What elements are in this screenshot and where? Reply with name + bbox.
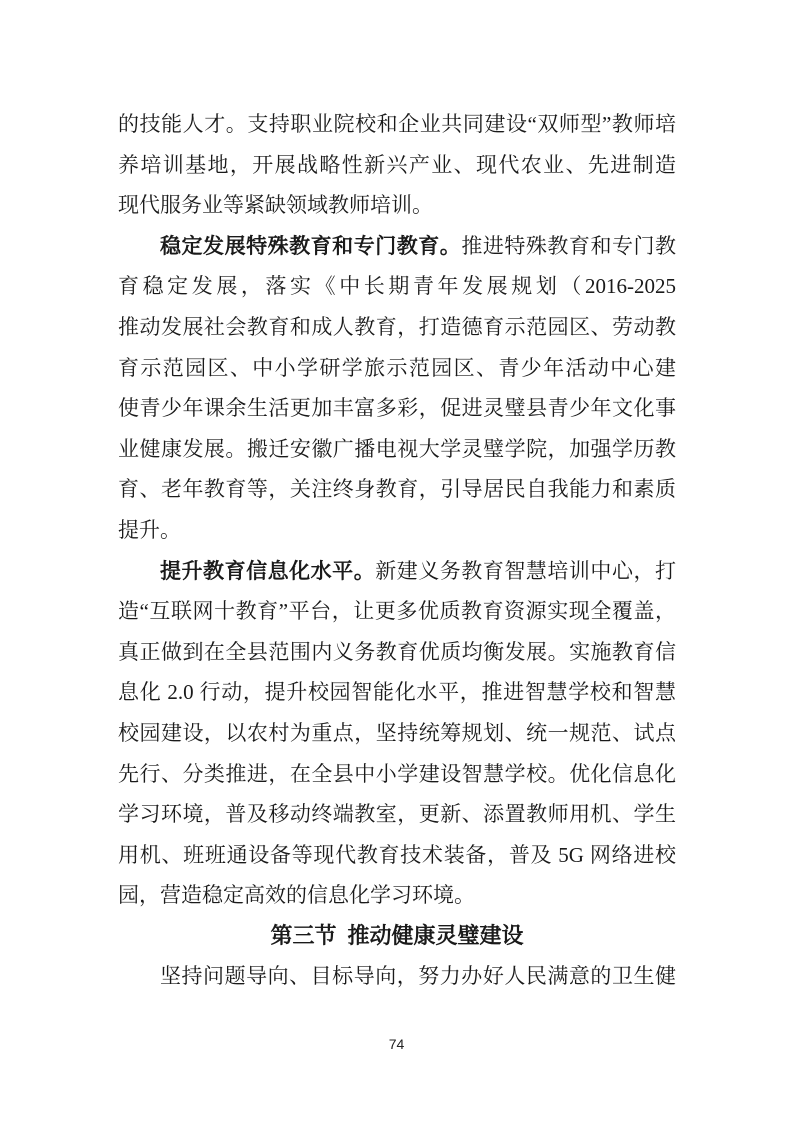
text-line: 学习环境，普及移动终端教室，更新、添置教师用机、学生 <box>118 794 676 835</box>
document-body: 的技能人才。支持职业院校和企业共同建设“双师型”教师培养培训基地，开展战略性新兴… <box>118 104 676 997</box>
text-run: 真正做到在全县范围内义务教育优质均衡发展。实施教育信 <box>118 640 676 664</box>
text-run: 坚持问题导向、目标导向，努力办好人民满意的卫生健 <box>160 964 676 988</box>
text-line: 先行、分类推进，在全县中小学建设智慧学校。优化信息化 <box>118 754 676 795</box>
text-line: 息化 2.0 行动，提升校园智能化水平，推进智慧学校和智慧 <box>118 672 676 713</box>
text-run: 园，营造稳定高效的信息化学习环境。 <box>118 883 475 907</box>
text-run: 育示范园区、中小学研学旅示范园区、青少年活动中心建设， <box>118 356 676 389</box>
section-heading-line: 第三节 推动健康灵璧建设 <box>118 916 676 957</box>
text-run: 育、老年教育等，关注终身教育，引导居民自我能力和素质 <box>118 477 676 501</box>
page-number: 74 <box>0 1034 793 1054</box>
paragraph: 提升教育信息化水平。新建义务教育智慧培训中心，打造“互联网十教育”平台，让更多优… <box>118 551 676 916</box>
text-line: 造“互联网十教育”平台，让更多优质教育资源实现全覆盖， <box>118 591 676 632</box>
text-line: 育、老年教育等，关注终身教育，引导居民自我能力和素质 <box>118 469 676 510</box>
text-line: 提升教育信息化水平。新建义务教育智慧培训中心，打 <box>118 551 676 592</box>
text-run: 的技能人才。支持职业院校和企业共同建设“双师型”教师培 <box>118 112 676 136</box>
text-run: 先行、分类推进，在全县中小学建设智慧学校。优化信息化 <box>118 762 676 786</box>
bold-text-run: 第三节 推动健康灵璧建设 <box>270 923 523 948</box>
text-line: 育稳定发展，落实《中长期青年发展规划（2016-2025 年）》， <box>118 266 676 307</box>
text-run: 业健康发展。搬迁安徽广播电视大学灵璧学院，加强学历教 <box>118 437 676 461</box>
text-run: 息化 2.0 行动，提升校园智能化水平，推进智慧学校和智慧 <box>118 680 676 704</box>
text-run: 用机、班班通设备等现代教育技术装备，普及 5G 网络进校 <box>118 843 676 867</box>
text-line: 稳定发展特殊教育和专门教育。推进特殊教育和专门教 <box>118 226 676 267</box>
text-run: 育稳定发展，落实《中长期青年发展规划（2016-2025 年）》， <box>118 274 676 307</box>
document-page: 的技能人才。支持职业院校和企业共同建设“双师型”教师培养培训基地，开展战略性新兴… <box>0 0 793 1122</box>
text-run: 校园建设，以农村为重点，坚持统筹规划、统一规范、试点 <box>118 721 676 745</box>
section-heading: 第三节 推动健康灵璧建设 <box>118 916 676 957</box>
text-run: 学习环境，普及移动终端教室，更新、添置教师用机、学生 <box>118 802 676 826</box>
paragraph: 稳定发展特殊教育和专门教育。推进特殊教育和专门教育稳定发展，落实《中长期青年发展… <box>118 226 676 551</box>
text-line: 园，营造稳定高效的信息化学习环境。 <box>118 875 676 916</box>
text-run: 推进特殊教育和专门教 <box>461 234 676 258</box>
text-run: 提升。 <box>118 518 181 542</box>
text-line: 使青少年课余生活更加丰富多彩，促进灵璧县青少年文化事 <box>118 388 676 429</box>
text-line: 养培训基地，开展战略性新兴产业、现代农业、先进制造业、 <box>118 145 676 186</box>
paragraph: 坚持问题导向、目标导向，努力办好人民满意的卫生健 <box>118 956 676 997</box>
text-line: 育示范园区、中小学研学旅示范园区、青少年活动中心建设， <box>118 348 676 389</box>
text-line: 坚持问题导向、目标导向，努力办好人民满意的卫生健 <box>118 956 676 997</box>
text-run: 使青少年课余生活更加丰富多彩，促进灵璧县青少年文化事 <box>118 396 676 420</box>
text-line: 提升。 <box>118 510 676 551</box>
text-line: 校园建设，以农村为重点，坚持统筹规划、统一规范、试点 <box>118 713 676 754</box>
text-run: 现代服务业等紧缺领域教师培训。 <box>118 193 433 217</box>
text-line: 的技能人才。支持职业院校和企业共同建设“双师型”教师培 <box>118 104 676 145</box>
text-run: 养培训基地，开展战略性新兴产业、现代农业、先进制造业、 <box>118 153 676 186</box>
text-line: 推动发展社会教育和成人教育，打造德育示范园区、劳动教 <box>118 307 676 348</box>
text-run: 新建义务教育智慧培训中心，打 <box>375 559 676 583</box>
text-line: 业健康发展。搬迁安徽广播电视大学灵璧学院，加强学历教 <box>118 429 676 470</box>
text-run: 造“互联网十教育”平台，让更多优质教育资源实现全覆盖， <box>118 599 676 623</box>
bold-text-run: 稳定发展特殊教育和专门教育。 <box>160 234 461 258</box>
text-line: 现代服务业等紧缺领域教师培训。 <box>118 185 676 226</box>
text-line: 用机、班班通设备等现代教育技术装备，普及 5G 网络进校 <box>118 835 676 876</box>
paragraph: 的技能人才。支持职业院校和企业共同建设“双师型”教师培养培训基地，开展战略性新兴… <box>118 104 676 226</box>
bold-text-run: 提升教育信息化水平。 <box>160 559 375 583</box>
text-line: 真正做到在全县范围内义务教育优质均衡发展。实施教育信 <box>118 632 676 673</box>
text-run: 推动发展社会教育和成人教育，打造德育示范园区、劳动教 <box>118 315 676 339</box>
